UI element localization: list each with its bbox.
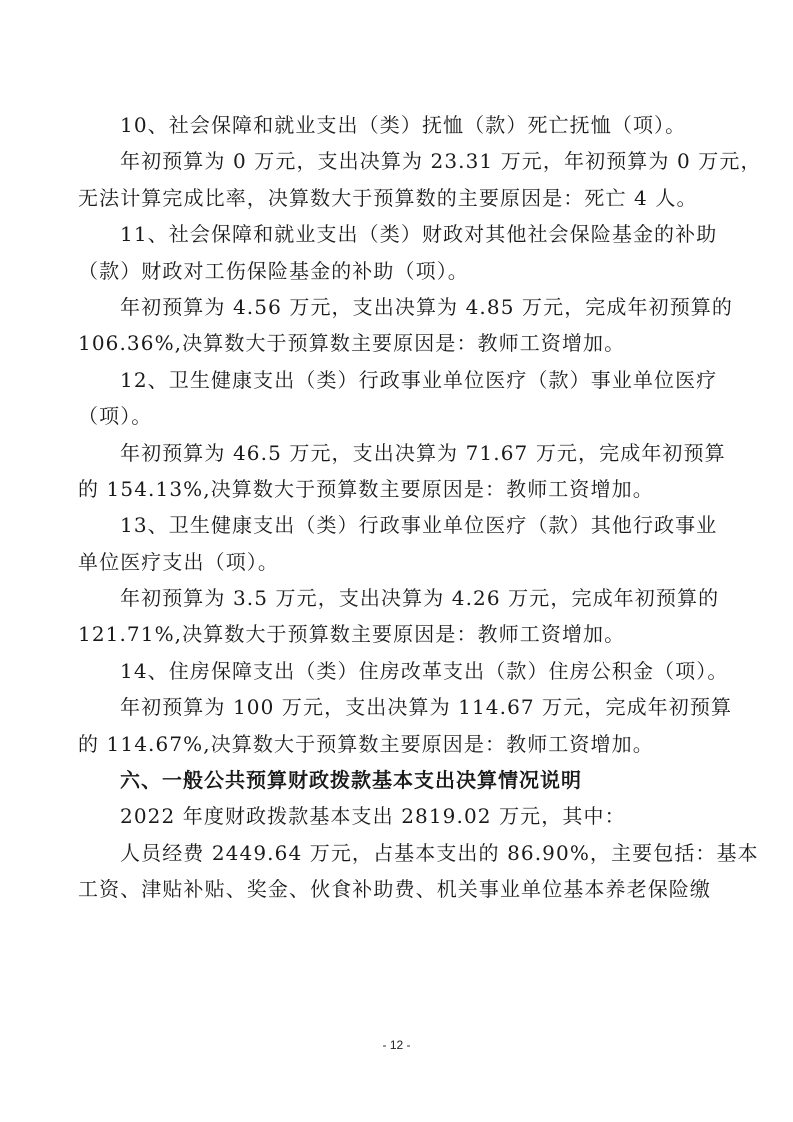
paragraph-item-10-text-cont: 无法计算完成比率，决算数大于预算数的主要原因是：死亡 4 人。	[78, 180, 718, 216]
paragraph-item-12-text: 年初预算为 46.5 万元，支出决算为 71.67 万元，完成年初预算	[78, 435, 718, 471]
paragraph-item-11-title: 11、社会保障和就业支出（类）财政对其他社会保险基金的补助	[78, 216, 718, 252]
paragraph-item-11-title-cont: （款）财政对工伤保险基金的补助（项）。	[78, 253, 718, 289]
paragraph-item-12-title: 12、卫生健康支出（类）行政事业单位医疗（款）事业单位医疗	[78, 362, 718, 398]
paragraph-item-12-title-cont: （项）。	[78, 398, 718, 434]
paragraph-item-12-text-cont: 的 154.13%,决算数大于预算数主要原因是：教师工资增加。	[78, 471, 718, 507]
paragraph-item-10-title: 10、社会保障和就业支出（类）抚恤（款）死亡抚恤（项）。	[78, 107, 718, 143]
paragraph-basic-expenditure-total: 2022 年度财政拨款基本支出 2819.02 万元，其中：	[78, 798, 718, 834]
paragraph-item-13-title: 13、卫生健康支出（类）行政事业单位医疗（款）其他行政事业	[78, 507, 718, 543]
paragraph-item-10-text: 年初预算为 0 万元，支出决算为 23.31 万元，年初预算为 0 万元，	[78, 143, 718, 179]
page-number: - 12 -	[0, 1038, 793, 1052]
paragraph-personnel-expenses: 人员经费 2449.64 万元，占基本支出的 86.90%，主要包括：基本	[78, 835, 718, 871]
document-page-body: 10、社会保障和就业支出（类）抚恤（款）死亡抚恤（项）。 年初预算为 0 万元，…	[78, 107, 718, 908]
paragraph-item-14-text-cont: 的 114.67%,决算数大于预算数主要原因是：教师工资增加。	[78, 726, 718, 762]
paragraph-item-14-title: 14、住房保障支出（类）住房改革支出（款）住房公积金（项）。	[78, 653, 718, 689]
paragraph-item-13-text-cont: 121.71%,决算数大于预算数主要原因是：教师工资增加。	[78, 616, 718, 652]
paragraph-item-13-text: 年初预算为 3.5 万元，支出决算为 4.26 万元，完成年初预算的	[78, 580, 718, 616]
paragraph-item-13-title-cont: 单位医疗支出（项）。	[78, 544, 718, 580]
section-heading-6: 六、一般公共预算财政拨款基本支出决算情况说明	[78, 762, 718, 798]
paragraph-item-11-text-cont: 106.36%,决算数大于预算数主要原因是：教师工资增加。	[78, 325, 718, 361]
paragraph-item-11-text: 年初预算为 4.56 万元，支出决算为 4.85 万元，完成年初预算的	[78, 289, 718, 325]
paragraph-item-14-text: 年初预算为 100 万元，支出决算为 114.67 万元，完成年初预算	[78, 689, 718, 725]
paragraph-personnel-expenses-cont: 工资、津贴补贴、奖金、伙食补助费、机关事业单位基本养老保险缴	[78, 871, 718, 907]
